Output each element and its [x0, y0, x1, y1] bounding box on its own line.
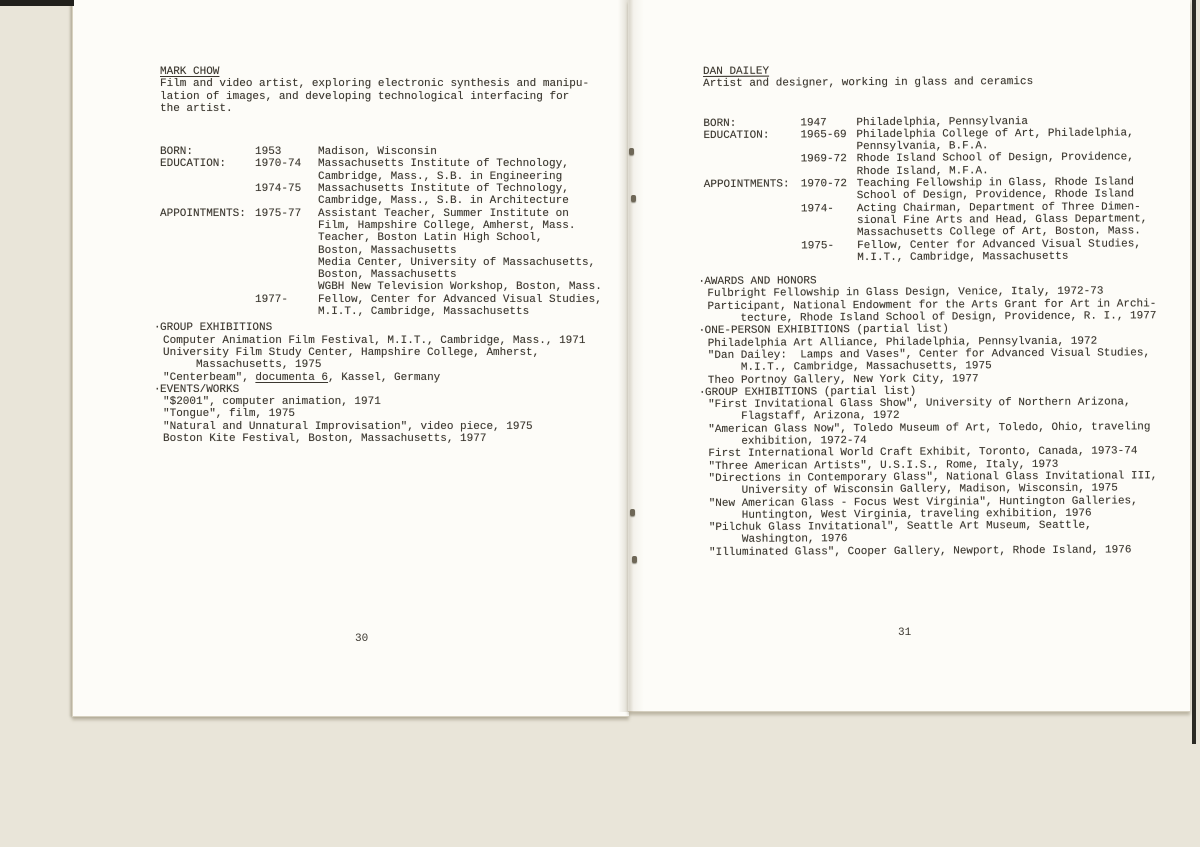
bio-year: 1947: [800, 117, 856, 130]
artist-name: MARK CHOW: [160, 66, 219, 78]
bio-desc: Teaching Fellowship in Glass, Rhode Isla…: [857, 176, 1174, 203]
section-title: GROUP EXHIBITIONS (partial list): [705, 386, 916, 399]
line-text: , Kassel, Germany: [328, 372, 440, 384]
bio-label: APPOINTMENTS:: [704, 178, 801, 191]
section-line: Boston Kite Festival, Boston, Massachuse…: [160, 433, 610, 445]
section-one-person-exhibitions: ·ONE-PERSON EXHIBITIONS (partial list) P…: [705, 322, 1175, 386]
section-header: ·EVENTS/WORKS: [154, 384, 610, 396]
bio-row: 1977- Fellow, Center for Advanced Visual…: [160, 294, 610, 319]
staple-icon: [630, 509, 635, 516]
line-text: "Centerbeam",: [163, 372, 255, 384]
section-lines: "First Invitational Glass Show", Univers…: [705, 396, 1176, 559]
page-number-right: 31: [898, 627, 911, 639]
bio-row: APPOINTMENTS: 1970-72 Teaching Fellowshi…: [704, 176, 1174, 203]
staple-icon: [631, 195, 636, 202]
section-awards-honors: ·AWARDS AND HONORS Fulbright Fellowship …: [704, 273, 1174, 325]
bio-label: [704, 240, 801, 241]
bio-row: 1969-72 Rhode Island School of Design, P…: [704, 152, 1174, 179]
section-line: Computer Animation Film Festival, M.I.T.…: [160, 335, 610, 347]
bio-row: EDUCATION: 1970-74 Massachusetts Institu…: [160, 158, 610, 183]
artist-description: Artist and designer, working in glass an…: [703, 75, 1173, 90]
bio-desc: Fellow, Center for Advanced Visual Studi…: [857, 238, 1174, 265]
bio-label: [704, 154, 801, 155]
section-events-works: ·EVENTS/WORKS "$2001", computer animatio…: [160, 384, 610, 445]
bio-desc: Massachusetts Institute of Technology, C…: [318, 158, 610, 183]
section-title: AWARDS AND HONORS: [704, 275, 816, 288]
section-group-exhibitions: ·GROUP EXHIBITIONS Computer Animation Fi…: [160, 322, 610, 383]
bio-year: 1977-: [255, 294, 318, 306]
bio-label: [704, 203, 801, 204]
bio-row: 1975- Fellow, Center for Advanced Visual…: [704, 238, 1174, 265]
artist-name: DAN DAILEY: [703, 66, 769, 78]
bio-year: 1953: [255, 146, 318, 158]
bio-desc: Madison, Wisconsin: [318, 146, 610, 158]
bio-desc: Fellow, Center for Advanced Visual Studi…: [318, 294, 610, 319]
section-line: Massachusetts, 1975: [160, 359, 610, 371]
bio-desc: Philadelphia College of Art, Philadelphi…: [856, 127, 1173, 154]
section-title: EVENTS/WORKS: [160, 384, 239, 396]
underlined-term: documenta 6: [255, 372, 328, 384]
bio-label: EDUCATION:: [160, 158, 255, 170]
scanner-edge-right: [1192, 0, 1196, 744]
bio-year: 1969-72: [801, 154, 857, 167]
bio-desc: Assistant Teacher, Summer Institute on F…: [318, 208, 610, 294]
bio-desc: Massachusetts Institute of Technology, C…: [318, 183, 610, 208]
left-sections: ·GROUP EXHIBITIONS Computer Animation Fi…: [160, 322, 610, 445]
artist-description: Film and video artist, exploring electro…: [160, 78, 610, 115]
bio-row: 1974-75 Massachusetts Institute of Techn…: [160, 183, 610, 208]
bio-row: BORN: 1953 Madison, Wisconsin: [160, 146, 610, 158]
bio-table: BORN: 1953 Madison, Wisconsin EDUCATION:…: [160, 146, 610, 318]
bio-year: 1970-72: [801, 178, 857, 191]
bio-label: EDUCATION:: [703, 129, 800, 142]
right-sections: ·AWARDS AND HONORS Fulbright Fellowship …: [704, 273, 1176, 559]
bio-desc: Acting Chairman, Department of Three Dim…: [857, 201, 1174, 240]
section-lines: Fulbright Fellowship in Glass Design, Ve…: [704, 286, 1174, 326]
bio-label: APPOINTMENTS:: [160, 208, 255, 220]
bio-label: BORN:: [160, 146, 255, 158]
section-line: "Natural and Unnatural Improvisation", v…: [160, 421, 610, 433]
bio-row: EDUCATION: 1965-69 Philadelphia College …: [703, 127, 1173, 154]
bio-desc: Rhode Island School of Design, Providenc…: [857, 152, 1174, 179]
bio-table: BORN: 1947 Philadelphia, Pennsylvania ED…: [703, 115, 1174, 265]
bio-year: 1975-: [801, 240, 857, 253]
right-page-content: DAN DAILEY Artist and designer, working …: [703, 63, 1176, 559]
bio-year: 1974-75: [255, 183, 318, 195]
left-page-content: MARK CHOW Film and video artist, explori…: [160, 66, 610, 445]
page-number-left: 30: [355, 633, 368, 645]
section-line: University Film Study Center, Hampshire …: [160, 347, 610, 359]
bio-year: 1975-77: [255, 208, 318, 220]
scanned-book-spread: MARK CHOW Film and video artist, explori…: [0, 0, 1200, 847]
section-line: "Tongue", film, 1975: [160, 408, 610, 420]
section-line: "$2001", computer animation, 1971: [160, 396, 610, 408]
section-lines: Philadelphia Art Alliance, Philadelphia,…: [705, 335, 1175, 387]
staple-icon: [632, 556, 637, 563]
section-group-exhibitions: ·GROUP EXHIBITIONS (partial list) "First…: [705, 384, 1176, 559]
bio-row: 1974- Acting Chairman, Department of Thr…: [704, 201, 1174, 241]
section-title: GROUP EXHIBITIONS: [160, 322, 272, 334]
gutter-shadow: [618, 0, 644, 712]
section-title: ONE-PERSON EXHIBITIONS (partial list): [705, 324, 949, 337]
artist-header: MARK CHOW Film and video artist, explori…: [160, 66, 610, 115]
section-line: "Centerbeam", documenta 6, Kassel, Germa…: [160, 372, 610, 384]
bio-label: BORN:: [703, 117, 800, 130]
bio-year: 1965-69: [800, 129, 856, 142]
staple-icon: [629, 148, 634, 155]
section-lines: "$2001", computer animation, 1971 "Tongu…: [160, 396, 610, 445]
bio-year: 1970-74: [255, 158, 318, 170]
artist-header: DAN DAILEY Artist and designer, working …: [703, 63, 1173, 90]
bio-row: APPOINTMENTS: 1975-77 Assistant Teacher,…: [160, 208, 610, 294]
bio-year: 1974-: [801, 203, 857, 216]
section-header: ·GROUP EXHIBITIONS: [154, 322, 610, 334]
scanner-edge-top: [0, 0, 74, 6]
